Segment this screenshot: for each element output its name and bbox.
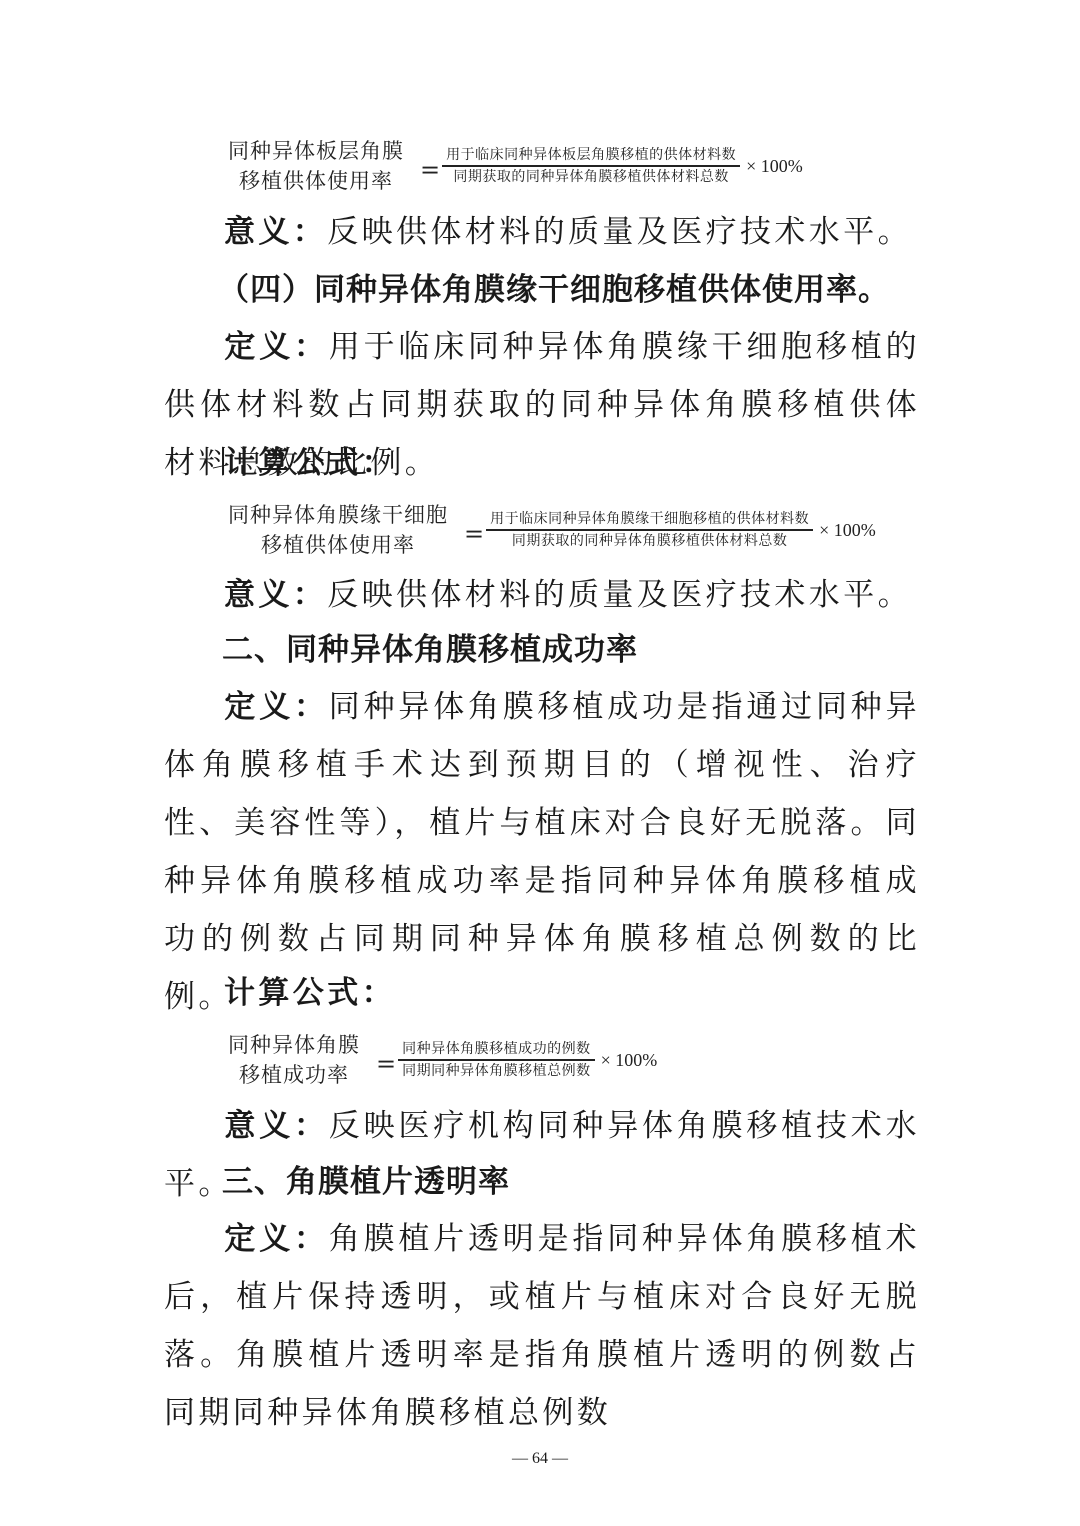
formula-denominator: 同期同种异体角膜移植总例数 bbox=[398, 1061, 595, 1081]
document-page: 同种异体板层角膜 移植供体使用率 = 用于临床同种异体板层角膜移植的供体材料数 … bbox=[0, 0, 1080, 1526]
formula-lhs: 同种异体角膜 移植成功率 bbox=[228, 1030, 360, 1090]
equals-sign: = bbox=[420, 156, 440, 184]
meaning-label: 意义： bbox=[224, 1108, 329, 1144]
page-number: — 64 — bbox=[0, 1450, 1080, 1468]
formula-lhs-line1: 同种异体角膜 bbox=[228, 1030, 360, 1060]
formula-lhs-line2: 移植成功率 bbox=[239, 1060, 349, 1090]
meaning-paragraph: 意义：反映供体材料的质量及医疗技术水平。 bbox=[164, 203, 920, 261]
calc-formula-heading: 计算公式： bbox=[164, 434, 920, 492]
formula-fraction: 用于临床同种异体板层角膜移植的供体材料数 同期获取的同种异体角膜移植供体材料总数 bbox=[442, 145, 740, 187]
formula-limbal-usage-rate: 同种异体角膜缘干细胞 移植供体使用率 = 用于临床同种异体角膜缘干细胞移植的供体… bbox=[228, 500, 876, 560]
formula-lhs-line1: 同种异体角膜缘干细胞 bbox=[228, 500, 448, 530]
meaning-paragraph: 意义：反映供体材料的质量及医疗技术水平。 bbox=[164, 566, 920, 624]
formula-fraction: 同种异体角膜移植成功的例数 同期同种异体角膜移植总例数 bbox=[398, 1039, 595, 1081]
formula-multiplier: × 100% bbox=[819, 520, 876, 541]
section-heading-graft-clarity-rate: 三、角膜植片透明率 bbox=[222, 1162, 510, 1202]
formula-transplant-success-rate: 同种异体角膜 移植成功率 = 同种异体角膜移植成功的例数 同期同种异体角膜移植总… bbox=[228, 1030, 657, 1090]
meaning-text: 反映供体材料的质量及医疗技术水平。 bbox=[327, 214, 912, 250]
meaning-text: 反映供体材料的质量及医疗技术水平。 bbox=[327, 577, 912, 613]
calc-formula-label: 计算公式： bbox=[224, 975, 396, 1011]
definition-label: 定义： bbox=[224, 689, 329, 725]
formula-numerator: 同种异体角膜移植成功的例数 bbox=[398, 1039, 595, 1059]
formula-lhs-line2: 移植供体使用率 bbox=[239, 166, 393, 196]
section-heading-transplant-success-rate: 二、同种异体角膜移植成功率 bbox=[222, 630, 638, 670]
formula-lhs-line2: 移植供体使用率 bbox=[261, 530, 415, 560]
formula-denominator: 同期获取的同种异体角膜移植供体材料总数 bbox=[449, 167, 733, 187]
meaning-label: 意义： bbox=[224, 577, 327, 613]
formula-lamellar-usage-rate: 同种异体板层角膜 移植供体使用率 = 用于临床同种异体板层角膜移植的供体材料数 … bbox=[228, 136, 803, 196]
section-heading-limbal-stem-cell: （四）同种异体角膜缘干细胞移植供体使用率。 bbox=[218, 270, 890, 310]
formula-lhs: 同种异体板层角膜 移植供体使用率 bbox=[228, 136, 404, 196]
formula-numerator: 用于临床同种异体角膜缘干细胞移植的供体材料数 bbox=[486, 509, 813, 529]
calc-formula-heading: 计算公式： bbox=[164, 964, 920, 1022]
definition-label: 定义： bbox=[224, 329, 329, 365]
definition-paragraph: 定义：角膜植片透明是指同种异体角膜移植术后，植片保持透明，或植片与植床对合良好无… bbox=[164, 1210, 920, 1442]
formula-lhs-line1: 同种异体板层角膜 bbox=[228, 136, 404, 166]
equals-sign: = bbox=[464, 520, 484, 548]
calc-formula-label: 计算公式： bbox=[224, 445, 396, 481]
definition-label: 定义： bbox=[224, 1221, 329, 1257]
formula-numerator: 用于临床同种异体板层角膜移植的供体材料数 bbox=[442, 145, 740, 165]
formula-lhs: 同种异体角膜缘干细胞 移植供体使用率 bbox=[228, 500, 448, 560]
meaning-label: 意义： bbox=[224, 214, 327, 250]
formula-denominator: 同期获取的同种异体角膜移植供体材料总数 bbox=[508, 531, 792, 551]
equals-sign: = bbox=[376, 1050, 396, 1078]
formula-fraction: 用于临床同种异体角膜缘干细胞移植的供体材料数 同期获取的同种异体角膜移植供体材料… bbox=[486, 509, 813, 551]
formula-multiplier: × 100% bbox=[601, 1050, 658, 1071]
formula-multiplier: × 100% bbox=[746, 156, 803, 177]
